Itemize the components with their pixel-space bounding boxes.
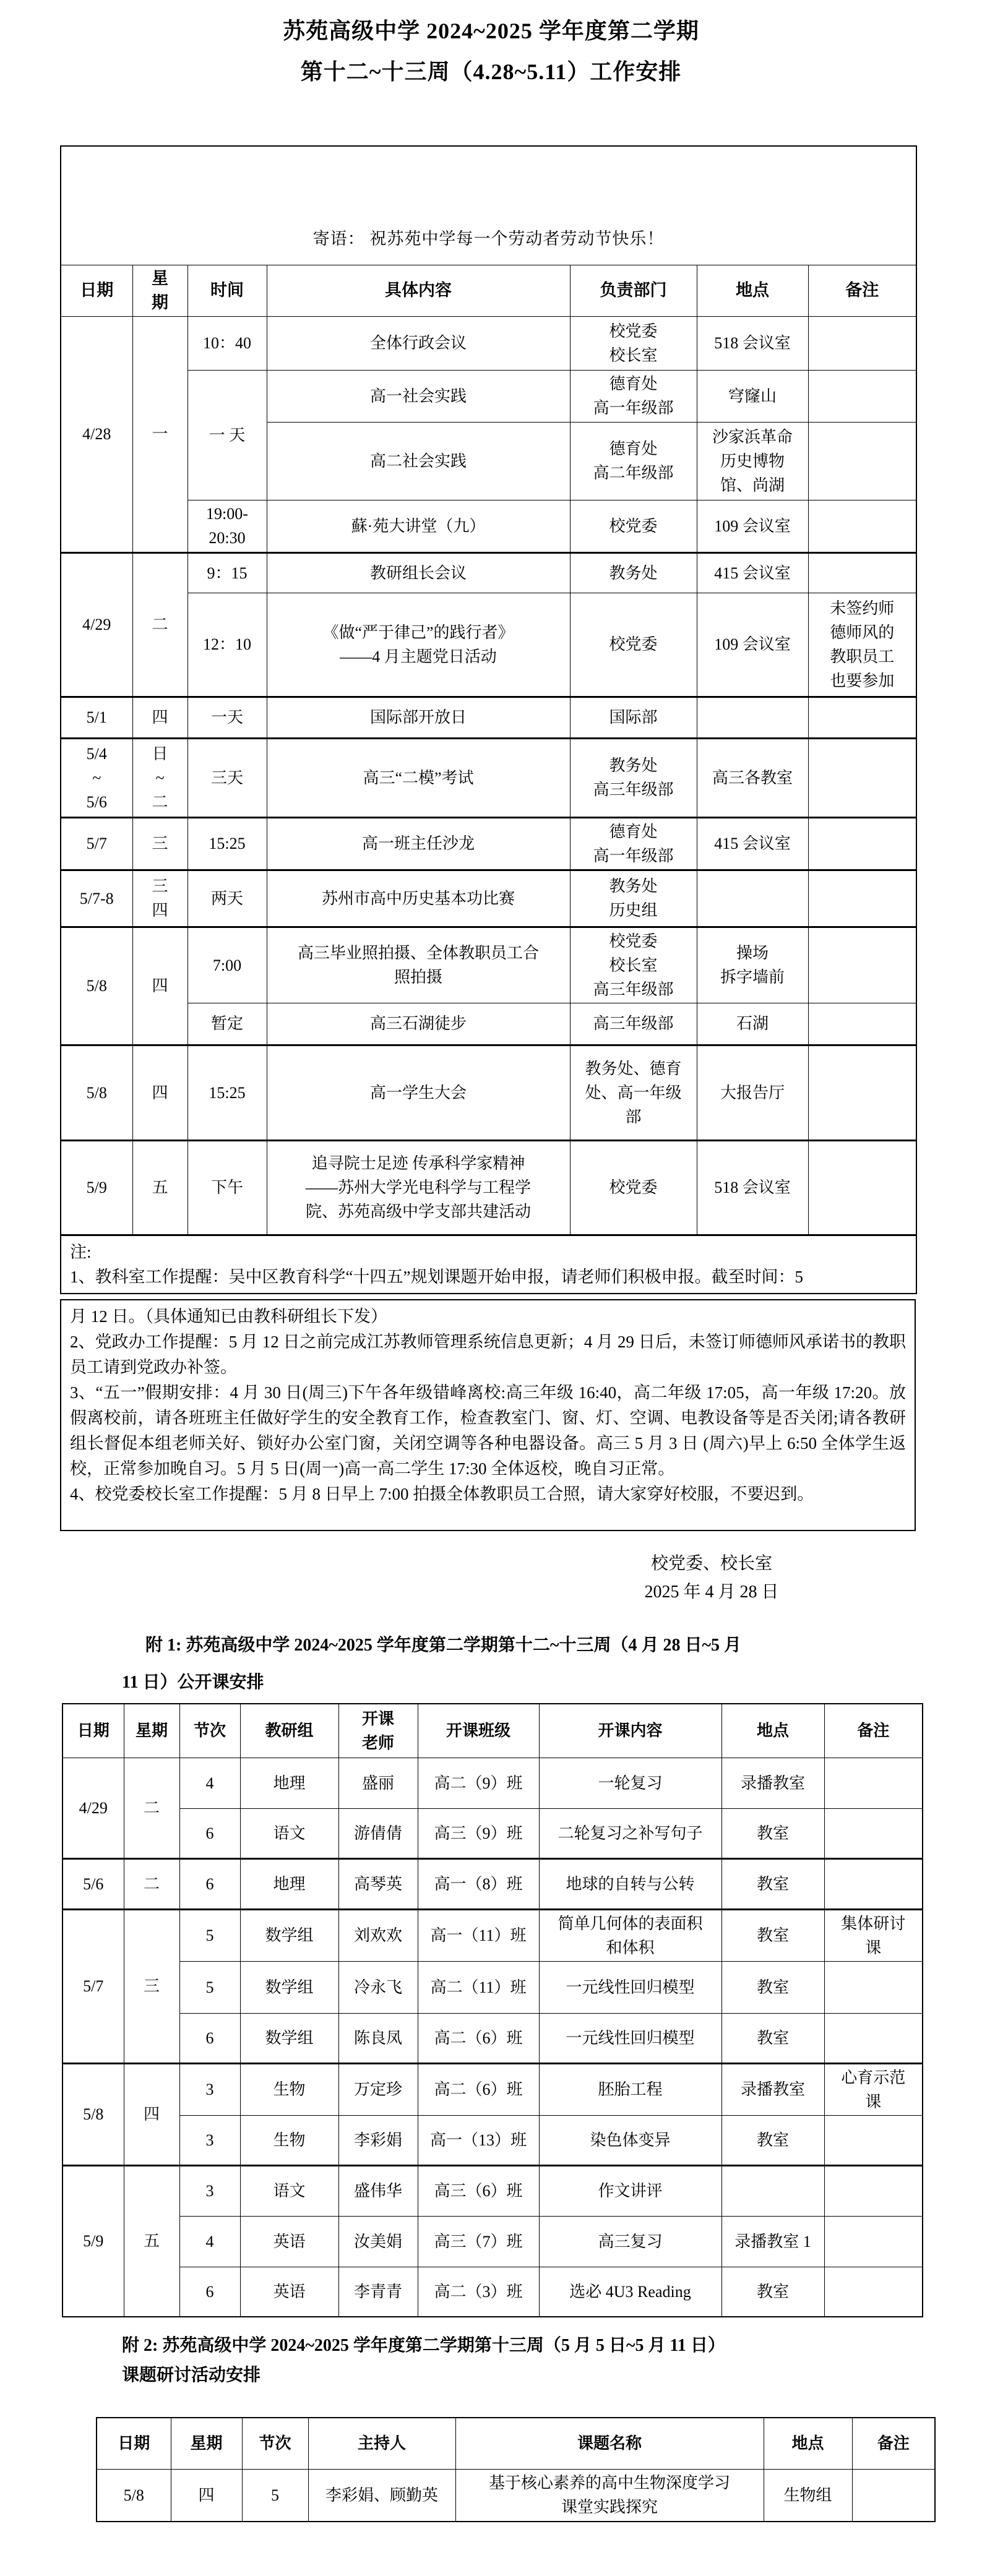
cell-place: 录播教室 1 [721, 2216, 824, 2267]
col-header-content: 具体内容 [267, 265, 570, 316]
cell-note: 心育示范 课 [824, 2063, 923, 2115]
cell-period: 6 [179, 2013, 240, 2063]
cell-date: 5/8 [61, 1045, 132, 1140]
cell-dept: 校党委 [570, 1140, 697, 1235]
cell-group: 地理 [240, 1758, 338, 1808]
cell-note [808, 316, 916, 370]
cell-week: 三 [132, 817, 187, 870]
attachment1-title: 附 1: 苏苑高级中学 2024~2025 学年度第二学期第十二~十三周（4 月… [122, 1627, 895, 1701]
col-header-place: 地点 [721, 1704, 824, 1758]
cell-note [824, 1758, 923, 1808]
cell-place: 109 会议室 [697, 593, 808, 697]
cell-period: 3 [179, 2165, 240, 2216]
cell-teacher: 万定珍 [338, 2063, 418, 2115]
cell-time: 15:25 [187, 1045, 267, 1140]
col-header-date: 日期 [61, 265, 132, 316]
cell-note [808, 422, 916, 500]
col-header-place: 地点 [697, 265, 808, 316]
cell-time: 19:00- 20:30 [187, 500, 267, 552]
cell-time: 7:00 [187, 927, 267, 1003]
note-1-part2: 月 12 日。（具体通知已由教科研组长下发） [70, 1304, 906, 1329]
cell-date: 5/8 [61, 927, 132, 1045]
cell-place: 生物组 [764, 2469, 852, 2522]
note-4: 4、校党委校长室工作提醒：5 月 8 日早上 7:00 拍摄全体教职员工合照，请… [70, 1482, 906, 1507]
cell-period: 6 [179, 1858, 240, 1909]
topic-discussion-table: 日期 星期 节次 主持人 课题名称 地点 备注 5/8 四 5 李彩娟、顾勤英 … [96, 2417, 936, 2522]
cell-dept: 德育处 高一年级部 [570, 817, 697, 870]
cell-content: 高三“二模”考试 [267, 738, 570, 817]
cell-note [824, 2115, 923, 2165]
document-page: 苏苑高级中学 2024~2025 学年度第二学期 第十二~十三周（4.28~5.… [0, 0, 982, 2576]
cell-dept: 德育处 高二年级部 [570, 422, 697, 500]
cell-note [808, 1003, 916, 1045]
col-header-dept: 负责部门 [570, 265, 697, 316]
cell-period: 4 [179, 1758, 240, 1808]
cell-class: 高二（11）班 [418, 1961, 539, 2013]
cell-time: 下午 [187, 1140, 267, 1235]
cell-dept: 校党委 [570, 593, 697, 697]
cell-place [721, 2165, 824, 2216]
col-header-week: 星期 [124, 1704, 179, 1758]
cell-place: 教室 [721, 1808, 824, 1858]
cell-content: 简单几何体的表面积 和体积 [539, 1909, 721, 1961]
cell-place [697, 697, 808, 738]
col-header-topic: 课题名称 [455, 2418, 764, 2469]
cell-dept: 德育处 高一年级部 [570, 370, 697, 422]
cell-content: 胚胎工程 [539, 2063, 721, 2115]
cell-time: 9：15 [187, 552, 267, 593]
cell-place: 415 会议室 [697, 552, 808, 593]
cell-content: 全体行政会议 [267, 316, 570, 370]
cell-date: 4/29 [61, 552, 132, 697]
attachment2-title-line2: 课题研讨活动安排 [122, 2361, 895, 2390]
cell-teacher: 李彩娟 [338, 2115, 418, 2165]
cell-note [824, 2216, 923, 2267]
cell-teacher: 汝美娟 [338, 2216, 418, 2267]
cell-note [808, 370, 916, 422]
cell-group: 语文 [240, 1808, 338, 1858]
cell-place: 大报告厅 [697, 1045, 808, 1140]
col-header-content: 开课内容 [539, 1704, 721, 1758]
cell-note [808, 927, 916, 1003]
document-subtitle: 第十二~十三周（4.28~5.11）工作安排 [0, 54, 982, 86]
cell-group: 英语 [240, 2216, 338, 2267]
cell-class: 高二（6）班 [418, 2013, 539, 2063]
cell-content: 一元线性回归模型 [539, 2013, 721, 2063]
cell-note [808, 1140, 916, 1235]
cell-note [824, 2013, 923, 2063]
cell-content: 二轮复习之补写句子 [539, 1808, 721, 1858]
cell-host: 李彩娟、顾勤英 [308, 2469, 455, 2522]
cell-teacher: 高琴英 [338, 1858, 418, 1909]
cell-class: 高一（8）班 [418, 1858, 539, 1909]
cell-week: 四 [132, 697, 187, 738]
attachment1-title-line2: 11 日）公开课安排 [122, 1664, 895, 1701]
cell-content: 选必 4U3 Reading [539, 2267, 721, 2317]
cell-dept: 国际部 [570, 697, 697, 738]
cell-date: 5/9 [61, 1140, 132, 1235]
cell-time: 暂定 [187, 1003, 267, 1045]
cell-teacher: 游倩倩 [338, 1808, 418, 1858]
notes-continued-box: 月 12 日。（具体通知已由教科研组长下发） 2、党政办工作提醒：5 月 12 … [60, 1299, 916, 1531]
cell-content: 苏州市高中历史基本功比赛 [267, 870, 570, 927]
col-header-time: 时间 [187, 265, 267, 316]
cell-note [824, 2165, 923, 2216]
cell-teacher: 刘欢欢 [338, 1909, 418, 1961]
note-3: 3、“五一”假期安排：4 月 30 日(周三)下午各年级错峰离校:高三年级 16… [70, 1380, 906, 1482]
cell-date: 5/8 [97, 2469, 171, 2522]
cell-period: 4 [179, 2216, 240, 2267]
cell-place: 教室 [721, 1909, 824, 1961]
cell-content: 高三石湖徒步 [267, 1003, 570, 1045]
cell-topic: 基于核心素养的高中生物深度学习 课堂实践探究 [455, 2469, 764, 2522]
cell-note [808, 870, 916, 927]
cell-time: 一 天 [187, 370, 267, 500]
cell-week: 五 [124, 2165, 179, 2317]
note-1-part1: 1、教科室工作提醒：吴中区教育科学“十四五”规划课题开始申报，请老师们积极申报。… [70, 1264, 907, 1289]
cell-period: 5 [179, 1909, 240, 1961]
cell-week: 四 [132, 1045, 187, 1140]
work-schedule-table: 寄语： 祝苏苑中学每一个劳动者劳动节快乐！ 日期 星 期 时间 具体内容 负责部… [60, 145, 917, 1294]
cell-note [824, 1858, 923, 1909]
cell-date: 4/29 [62, 1758, 124, 1858]
cell-content: 地球的自转与公转 [539, 1858, 721, 1909]
cell-class: 高二（6）班 [418, 2063, 539, 2115]
cell-class: 高一（13）班 [418, 2115, 539, 2165]
cell-period: 3 [179, 2063, 240, 2115]
cell-place: 操场 拆字墙前 [697, 927, 808, 1003]
cell-content: 作文讲评 [539, 2165, 721, 2216]
cell-dept: 校党委 校长室 高三年级部 [570, 927, 697, 1003]
cell-note [808, 738, 916, 817]
cell-place: 518 会议室 [697, 1140, 808, 1235]
cell-content: 《做“严于律己”的践行者》 ——4 月主题党日活动 [267, 593, 570, 697]
cell-place: 穹窿山 [697, 370, 808, 422]
cell-dept: 教务处、德育 处、高一年级 部 [570, 1045, 697, 1140]
cell-teacher: 盛伟华 [338, 2165, 418, 2216]
cell-dept: 高三年级部 [570, 1003, 697, 1045]
cell-group: 英语 [240, 2267, 338, 2317]
cell-week: 二 [124, 1858, 179, 1909]
cell-place: 518 会议室 [697, 316, 808, 370]
col-header-period: 节次 [242, 2418, 308, 2469]
cell-group: 生物 [240, 2063, 338, 2115]
cell-week: 一 [132, 316, 187, 552]
cell-date: 5/9 [62, 2165, 124, 2317]
cell-class: 高三（6）班 [418, 2165, 539, 2216]
cell-date: 5/7-8 [61, 870, 132, 927]
cell-content: 高一班主任沙龙 [267, 817, 570, 870]
greeting-row: 寄语： 祝苏苑中学每一个劳动者劳动节快乐！ [61, 146, 916, 265]
cell-note [808, 697, 916, 738]
cell-place: 教室 [721, 1961, 824, 2013]
cell-note [808, 500, 916, 552]
cell-content: 追寻院士足迹 传承科学家精神 ——苏州大学光电科学与工程学 院、苏苑高级中学支部… [267, 1140, 570, 1235]
col-header-note: 备注 [824, 1704, 923, 1758]
cell-date: 5/7 [61, 817, 132, 870]
col-header-week: 星 期 [132, 265, 187, 316]
cell-content: 高二社会实践 [267, 422, 570, 500]
col-header-date: 日期 [97, 2418, 171, 2469]
cell-content: 高一学生大会 [267, 1045, 570, 1140]
cell-teacher: 李青青 [338, 2267, 418, 2317]
cell-week: 三 四 [132, 870, 187, 927]
cell-place: 109 会议室 [697, 500, 808, 552]
cell-place: 录播教室 [721, 1758, 824, 1808]
cell-place: 415 会议室 [697, 817, 808, 870]
col-header-note: 备注 [852, 2418, 935, 2469]
cell-content: 一元线性回归模型 [539, 1961, 721, 2013]
cell-week: 四 [124, 2063, 179, 2165]
cell-place: 教室 [721, 2115, 824, 2165]
cell-date: 5/4 ~ 5/6 [61, 738, 132, 817]
cell-class: 高一（11）班 [418, 1909, 539, 1961]
signature-unit: 校党委、校长室 [619, 1550, 804, 1578]
cell-time: 12：10 [187, 593, 267, 697]
cell-week: 五 [132, 1140, 187, 1235]
cell-place: 沙家浜革命 历史博物 馆、尚湖 [697, 422, 808, 500]
cell-note [808, 552, 916, 593]
cell-content: 染色体变异 [539, 2115, 721, 2165]
attachment1-title-line1: 附 1: 苏苑高级中学 2024~2025 学年度第二学期第十二~十三周（4 月… [122, 1627, 895, 1664]
cell-dept: 校党委 [570, 500, 697, 552]
cell-class: 高三（9）班 [418, 1808, 539, 1858]
col-header-week: 星期 [171, 2418, 242, 2469]
cell-time: 两天 [187, 870, 267, 927]
col-header-teacher: 开课 老师 [338, 1704, 418, 1758]
col-header-period: 节次 [179, 1704, 240, 1758]
document-title: 苏苑高级中学 2024~2025 学年度第二学期 [0, 14, 982, 45]
cell-note [808, 1045, 916, 1140]
cell-note [824, 2267, 923, 2317]
signature-block: 校党委、校长室 2025 年 4 月 28 日 [619, 1550, 804, 1607]
notes-row: 注: 1、教科室工作提醒：吴中区教育科学“十四五”规划课题开始申报，请老师们积极… [61, 1235, 916, 1294]
cell-group: 地理 [240, 1858, 338, 1909]
cell-place: 教室 [721, 2013, 824, 2063]
cell-date: 5/6 [62, 1858, 124, 1909]
cell-dept: 教务处 [570, 552, 697, 593]
cell-note [852, 2469, 935, 2522]
cell-teacher: 陈良凤 [338, 2013, 418, 2063]
cell-group: 数学组 [240, 1909, 338, 1961]
cell-week: 四 [132, 927, 187, 1045]
col-header-date: 日期 [62, 1704, 124, 1758]
attachment2-title: 附 2: 苏苑高级中学 2024~2025 学年度第二学期第十三周（5 月 5 … [122, 2331, 895, 2390]
cell-content: 高三复习 [539, 2216, 721, 2267]
cell-class: 高三（7）班 [418, 2216, 539, 2267]
cell-dept: 教务处 高三年级部 [570, 738, 697, 817]
attachment2-title-line1: 附 2: 苏苑高级中学 2024~2025 学年度第二学期第十三周（5 月 5 … [122, 2331, 895, 2361]
cell-place: 教室 [721, 2267, 824, 2317]
cell-note [824, 1961, 923, 2013]
cell-time: 一天 [187, 697, 267, 738]
cell-content: 国际部开放日 [267, 697, 570, 738]
cell-week: 四 [171, 2469, 242, 2522]
cell-place: 高三各教室 [697, 738, 808, 817]
cell-time: 10：40 [187, 316, 267, 370]
cell-content: 蘇·苑大讲堂（九） [267, 500, 570, 552]
cell-group: 数学组 [240, 1961, 338, 2013]
cell-date: 4/28 [61, 316, 132, 552]
cell-note: 集体研讨 课 [824, 1909, 923, 1961]
cell-time: 15:25 [187, 817, 267, 870]
col-header-host: 主持人 [308, 2418, 455, 2469]
cell-group: 数学组 [240, 2013, 338, 2063]
cell-content: 高一社会实践 [267, 370, 570, 422]
signature-date: 2025 年 4 月 28 日 [619, 1578, 804, 1607]
cell-period: 3 [179, 2115, 240, 2165]
cell-teacher: 冷永飞 [338, 1961, 418, 2013]
cell-dept: 教务处 历史组 [570, 870, 697, 927]
cell-content: 高三毕业照拍摄、全体教职员工合 照拍摄 [267, 927, 570, 1003]
cell-place: 教室 [721, 1858, 824, 1909]
note-2: 2、党政办工作提醒：5 月 12 日之前完成江苏教师管理系统信息更新；4 月 2… [70, 1329, 906, 1380]
cell-time: 三天 [187, 738, 267, 817]
cell-class: 高二（9）班 [418, 1758, 539, 1808]
cell-content: 一轮复习 [539, 1758, 721, 1808]
cell-group: 生物 [240, 2115, 338, 2165]
cell-teacher: 盛丽 [338, 1758, 418, 1808]
col-header-place: 地点 [764, 2418, 852, 2469]
cell-period: 5 [242, 2469, 308, 2522]
cell-note [808, 817, 916, 870]
open-class-table: 日期 星期 节次 教研组 开课 老师 开课班级 开课内容 地点 备注 4/29 … [62, 1703, 923, 2317]
cell-dept: 校党委 校长室 [570, 316, 697, 370]
cell-week: 二 [132, 552, 187, 697]
cell-date: 5/8 [62, 2063, 124, 2165]
cell-date: 5/1 [61, 697, 132, 738]
col-header-group: 教研组 [240, 1704, 338, 1758]
cell-place: 石湖 [697, 1003, 808, 1045]
cell-period: 5 [179, 1961, 240, 2013]
cell-place [697, 870, 808, 927]
cell-note: 未签约师 德师风的 教职员工 也要参加 [808, 593, 916, 697]
cell-class: 高二（3）班 [418, 2267, 539, 2317]
cell-content: 教研组长会议 [267, 552, 570, 593]
col-header-note: 备注 [808, 265, 916, 316]
cell-note [824, 1808, 923, 1858]
col-header-class: 开课班级 [418, 1704, 539, 1758]
cell-place: 录播教室 [721, 2063, 824, 2115]
cell-week: 三 [124, 1909, 179, 2063]
cell-period: 6 [179, 1808, 240, 1858]
cell-date: 5/7 [62, 1909, 124, 2063]
cell-period: 6 [179, 2267, 240, 2317]
cell-group: 语文 [240, 2165, 338, 2216]
cell-week: 二 [124, 1758, 179, 1858]
notes-label: 注: [70, 1240, 907, 1264]
cell-week: 日 ~ 二 [132, 738, 187, 817]
